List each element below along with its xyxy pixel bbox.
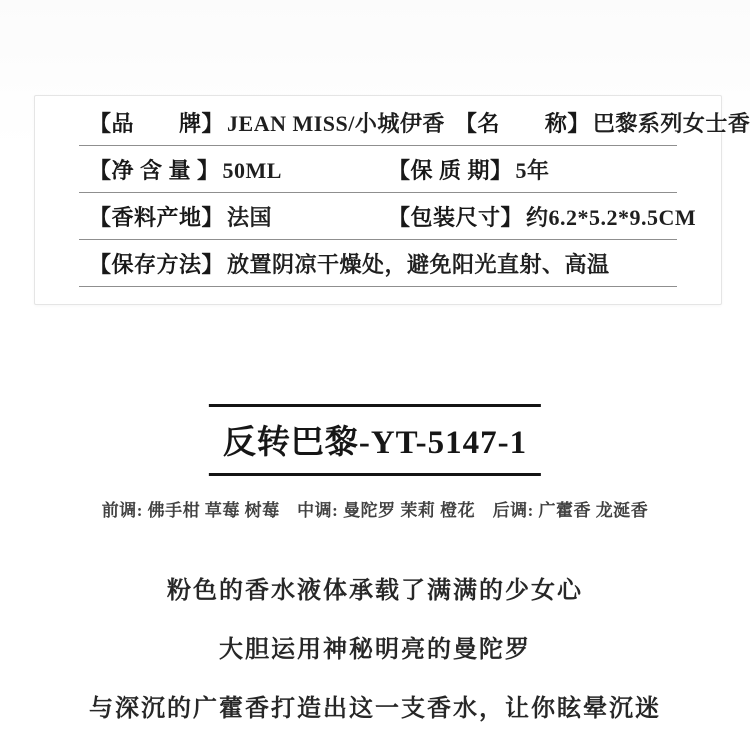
fragrance-notes: 前调: 佛手柑 草莓 树莓 中调: 曼陀罗 茉莉 橙花 后调: 广藿香 龙涎香	[0, 496, 750, 521]
brand-value: JEAN MISS/小城伊香	[227, 111, 445, 136]
storage-value: 放置阴凉干燥处，避免阳光直射、高温	[227, 252, 610, 277]
package-size-label: 【包装尺寸】	[388, 205, 523, 230]
product-detail-image: 【品 牌】JEAN MISS/小城伊香 【名 称】巴黎系列女士香水 【净 含 量…	[0, 0, 750, 743]
spec-cell-brand: 【品 牌】JEAN MISS/小城伊香	[79, 107, 445, 138]
spec-row-origin-size: 【香料产地】法国 【包装尺寸】约6.2*5.2*9.5CM	[79, 193, 677, 240]
net-volume-value: 50ML	[223, 158, 282, 183]
product-name-label: 【名 称】	[455, 111, 590, 136]
storage-label: 【保存方法】	[89, 252, 224, 277]
origin-value: 法国	[227, 205, 272, 230]
spec-cell-origin: 【香料产地】法国	[79, 201, 378, 232]
origin-label: 【香料产地】	[89, 205, 224, 230]
package-size-value: 约6.2*5.2*9.5CM	[526, 205, 696, 230]
spec-row-brand-name: 【品 牌】JEAN MISS/小城伊香 【名 称】巴黎系列女士香水	[79, 99, 677, 146]
spec-panel: 【品 牌】JEAN MISS/小城伊香 【名 称】巴黎系列女士香水 【净 含 量…	[34, 95, 722, 305]
product-description: 粉色的香水液体承载了满满的少女心 大胆运用神秘明亮的曼陀罗 与深沉的广藿香打造出…	[0, 570, 750, 743]
shelf-life-label: 【保 质 期】	[388, 158, 513, 183]
spec-row-storage: 【保存方法】放置阴凉干燥处，避免阳光直射、高温	[79, 240, 677, 287]
spec-cell-storage: 【保存方法】放置阴凉干燥处，避免阳光直射、高温	[79, 248, 677, 279]
spec-cell-product-name: 【名 称】巴黎系列女士香水	[445, 107, 750, 138]
brand-label: 【品 牌】	[89, 111, 224, 136]
description-line-1: 粉色的香水液体承载了满满的少女心	[0, 570, 750, 605]
product-title: 反转巴黎-YT-5147-1	[223, 416, 527, 463]
product-title-box: 反转巴黎-YT-5147-1	[209, 404, 541, 476]
spec-cell-shelf-life: 【保 质 期】5年	[378, 154, 677, 185]
description-line-2: 大胆运用神秘明亮的曼陀罗	[0, 629, 750, 664]
description-line-3: 与深沉的广藿香打造出这一支香水，让你眩晕沉迷	[0, 688, 750, 723]
spec-row-volume-shelflife: 【净 含 量 】50ML 【保 质 期】5年	[79, 146, 677, 193]
spec-cell-net-volume: 【净 含 量 】50ML	[79, 154, 378, 185]
shelf-life-value: 5年	[516, 158, 550, 183]
spec-table: 【品 牌】JEAN MISS/小城伊香 【名 称】巴黎系列女士香水 【净 含 量…	[79, 99, 677, 287]
spec-cell-package-size: 【包装尺寸】约6.2*5.2*9.5CM	[378, 201, 696, 232]
net-volume-label: 【净 含 量 】	[89, 158, 220, 183]
product-name-value: 巴黎系列女士香水	[593, 111, 750, 136]
